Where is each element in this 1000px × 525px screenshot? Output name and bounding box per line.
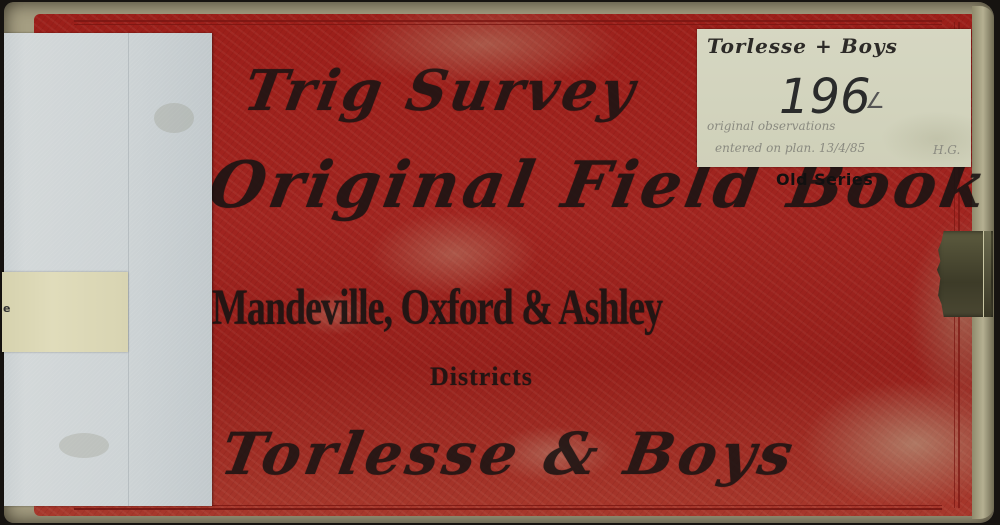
spine-label: e: [2, 272, 128, 352]
clasp-hinge: [983, 231, 991, 317]
cover-title-trig-survey: Trig Survey: [239, 58, 642, 124]
spine-cloth-tape: [4, 33, 212, 506]
spine-label-text: e: [3, 302, 10, 315]
label-title: Torlesse + Boys: [707, 34, 898, 58]
label-number: 196: [779, 69, 871, 125]
stain: [154, 103, 194, 133]
stain: [59, 433, 109, 458]
cover-border-top: [74, 20, 942, 25]
old-series-stamp: Old Series: [776, 170, 873, 189]
label-check-mark: ∠: [865, 89, 885, 114]
field-book-photo: Trig Survey Original Field Book Mandevil…: [0, 0, 1000, 525]
catalogue-label: Torlesse + Boys 196 ∠ original observati…: [697, 29, 971, 167]
cover-district-names: Mandeville, Oxford & Ashley: [212, 278, 662, 337]
cover-districts-word: Districts: [430, 362, 533, 392]
label-initials: H.G.: [933, 143, 960, 157]
label-note-line-2: entered on plan. 13/4/85: [715, 141, 865, 155]
cover-authors: Torlesse & Boys: [216, 420, 802, 488]
label-note-line-1: original observations: [707, 119, 835, 133]
